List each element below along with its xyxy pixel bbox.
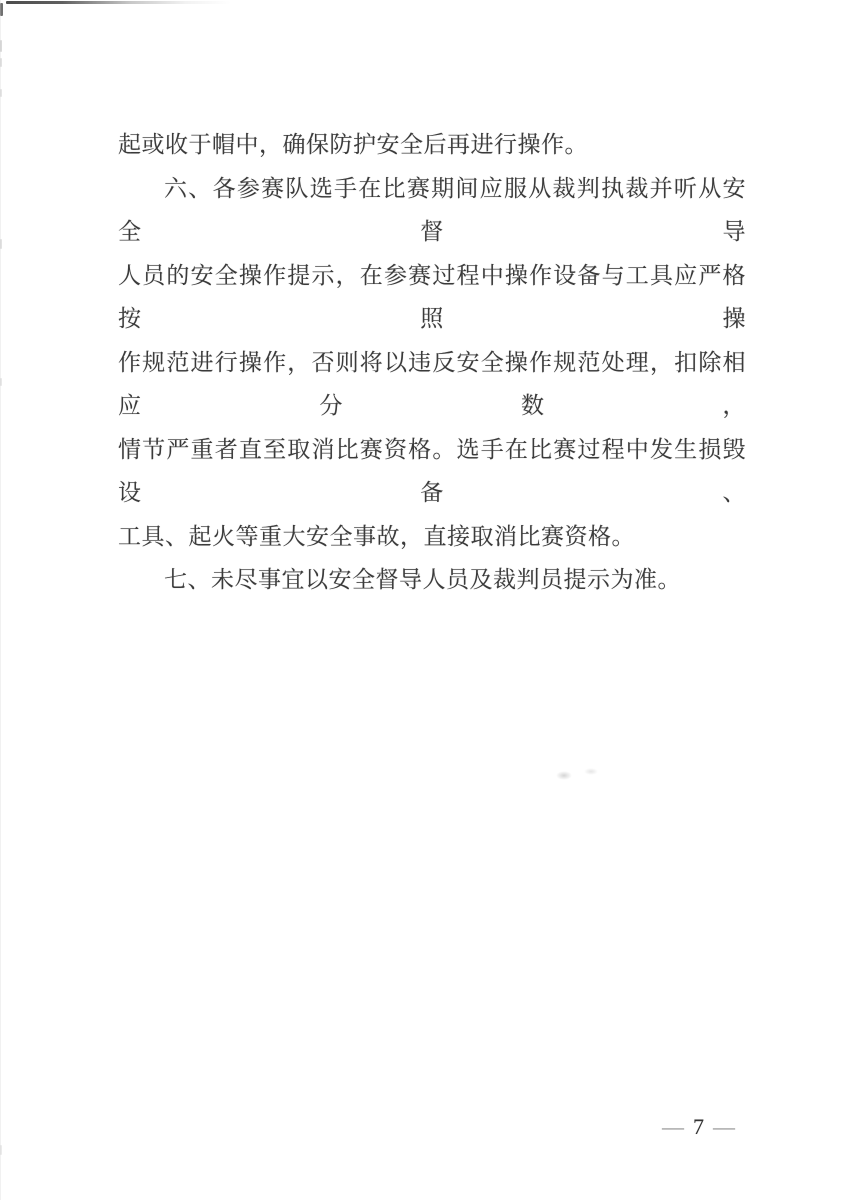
page-number: 7 xyxy=(693,1114,704,1139)
scan-artifact-edge-mark xyxy=(0,239,2,249)
text-line: 七、未尽事宜以安全督导人员及裁判员提示为准。 xyxy=(118,558,746,602)
scan-artifact-edge-mark xyxy=(0,378,2,386)
text-line: 情节严重者直至取消比赛资格。选手在比赛过程中发生损毁设备、 xyxy=(118,428,746,515)
text-line: 工具、起火等重大安全事故，直接取消比赛资格。 xyxy=(118,515,746,559)
scanned-document-page: 起或收于帽中，确保防护安全后再进行操作。 六、各参赛队选手在比赛期间应服从裁判执… xyxy=(0,0,848,1200)
scan-artifact-edge-mark xyxy=(0,89,2,97)
scan-artifact-smudge xyxy=(584,768,598,775)
scan-artifact-smudge xyxy=(556,771,572,780)
text-line: 人员的安全操作提示，在参赛过程中操作设备与工具应严格按照操 xyxy=(118,254,746,341)
text-line: 六、各参赛队选手在比赛期间应服从裁判执裁并听从安全督导 xyxy=(118,167,746,254)
scan-artifact-edge-mark xyxy=(0,58,2,67)
scan-artifact-edge-mark xyxy=(0,40,2,52)
page-number-dash-right: — xyxy=(713,1114,735,1139)
scan-artifact-left-seam xyxy=(0,0,1,1200)
document-body: 起或收于帽中，确保防护安全后再进行操作。 六、各参赛队选手在比赛期间应服从裁判执… xyxy=(118,123,746,602)
scan-artifact-edge-mark xyxy=(0,1145,2,1155)
text-line: 作规范进行操作，否则将以违反安全操作规范处理，扣除相应分数， xyxy=(118,341,746,428)
page-number-footer: —7— xyxy=(653,1112,744,1142)
scan-artifact-corner-tick xyxy=(0,3,3,16)
scan-artifact-top-edge-line xyxy=(6,1,231,4)
text-line: 起或收于帽中，确保防护安全后再进行操作。 xyxy=(118,123,746,167)
page-number-dash-left: — xyxy=(662,1114,684,1139)
